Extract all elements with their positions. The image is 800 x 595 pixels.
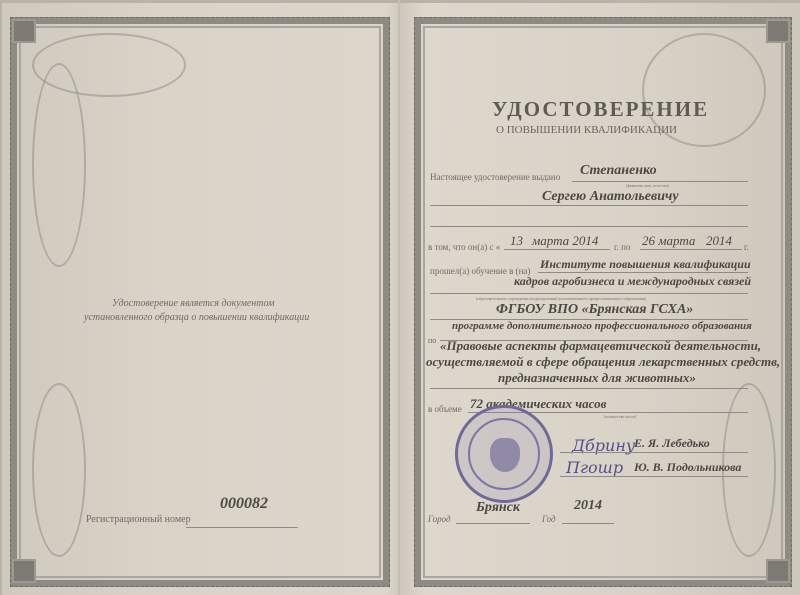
recipient-given-names: Сергею Анатольевичу (542, 189, 679, 205)
recipient-surname: Степаненко (580, 163, 657, 179)
volume-caption: (количество часов) (604, 414, 636, 419)
program-title-line1: «Правовые аспекты фармацевтической деяте… (440, 338, 761, 354)
issued-label: Настоящее удостоверение выдано (430, 172, 560, 182)
corner-ornament-icon (12, 19, 36, 43)
signatory-1-name: Е. Я. Лебедько (634, 436, 710, 451)
program-title-line2: осуществляемой в сфере обращения лекарст… (426, 354, 780, 370)
corner-ornament-icon (766, 19, 790, 43)
city-label: Город (428, 514, 451, 524)
institution-line1: Институте повышения квалификации (540, 257, 751, 272)
reg-number-label: Регистрационный номер (86, 514, 191, 525)
reg-number: 000082 (220, 495, 268, 513)
coat-of-arms-icon (490, 438, 520, 472)
guilloche-ornament-icon (32, 63, 86, 267)
period-suffix: г. (744, 242, 749, 252)
signatory-2-name: Ю. В. Подольникова (634, 460, 741, 475)
organization-name: ФГБОУ ВПО «Брянская ГСХА» (496, 302, 693, 318)
period-mid: г. по (614, 242, 631, 252)
year-line (562, 523, 614, 524)
year-value: 2014 (574, 498, 602, 514)
left-note-line2: установленного образца о повышении квали… (84, 312, 309, 323)
year-label: Год (542, 514, 556, 524)
guilloche-ornament-icon (32, 383, 86, 557)
certificate-title: УДОСТОВЕРЕНИЕ (492, 97, 709, 122)
signature-line-1 (560, 452, 748, 453)
corner-ornament-icon (12, 559, 36, 583)
official-seal (455, 405, 553, 503)
signature-line-2 (560, 476, 748, 477)
program-title-line3: предназначенных для животных» (498, 370, 696, 386)
corner-ornament-icon (766, 559, 790, 583)
certificate-subtitle: О ПОВЫШЕНИИ КВАЛИФИКАЦИИ (496, 124, 677, 136)
name-caption: (фамилия, имя, отчество) (626, 183, 669, 188)
period-prefix: в том, что он(а) с « (428, 242, 500, 252)
date-to-line (640, 249, 742, 250)
institution-caption: (образовательного учреждения (подразделе… (476, 296, 646, 301)
name-line-2 (430, 205, 748, 206)
program-type: программе дополнительного профессиональн… (452, 320, 752, 332)
left-note-line1: Удостоверение является документом (112, 298, 274, 309)
city-value: Брянск (476, 500, 520, 516)
date-from-day: 13 (510, 233, 523, 249)
name-line (572, 181, 748, 182)
page-fold (398, 0, 400, 595)
institution-line2: кадров агробизнеса и международных связе… (514, 274, 751, 289)
institution-line (538, 272, 748, 273)
date-to-year: 2014 (706, 233, 732, 249)
date-to-day-month: 26 марта (642, 233, 695, 249)
program-line-2 (430, 388, 748, 389)
signature-2: Пгошр (566, 458, 623, 477)
city-line (456, 523, 530, 524)
reg-number-line (186, 527, 298, 528)
date-from-month-year: марта 2014 (532, 233, 598, 249)
volume-label: в объеме (428, 404, 462, 414)
blank-line (430, 226, 748, 227)
date-from-line (504, 249, 610, 250)
program-label: по (428, 336, 436, 345)
institution-line-2 (430, 293, 748, 294)
